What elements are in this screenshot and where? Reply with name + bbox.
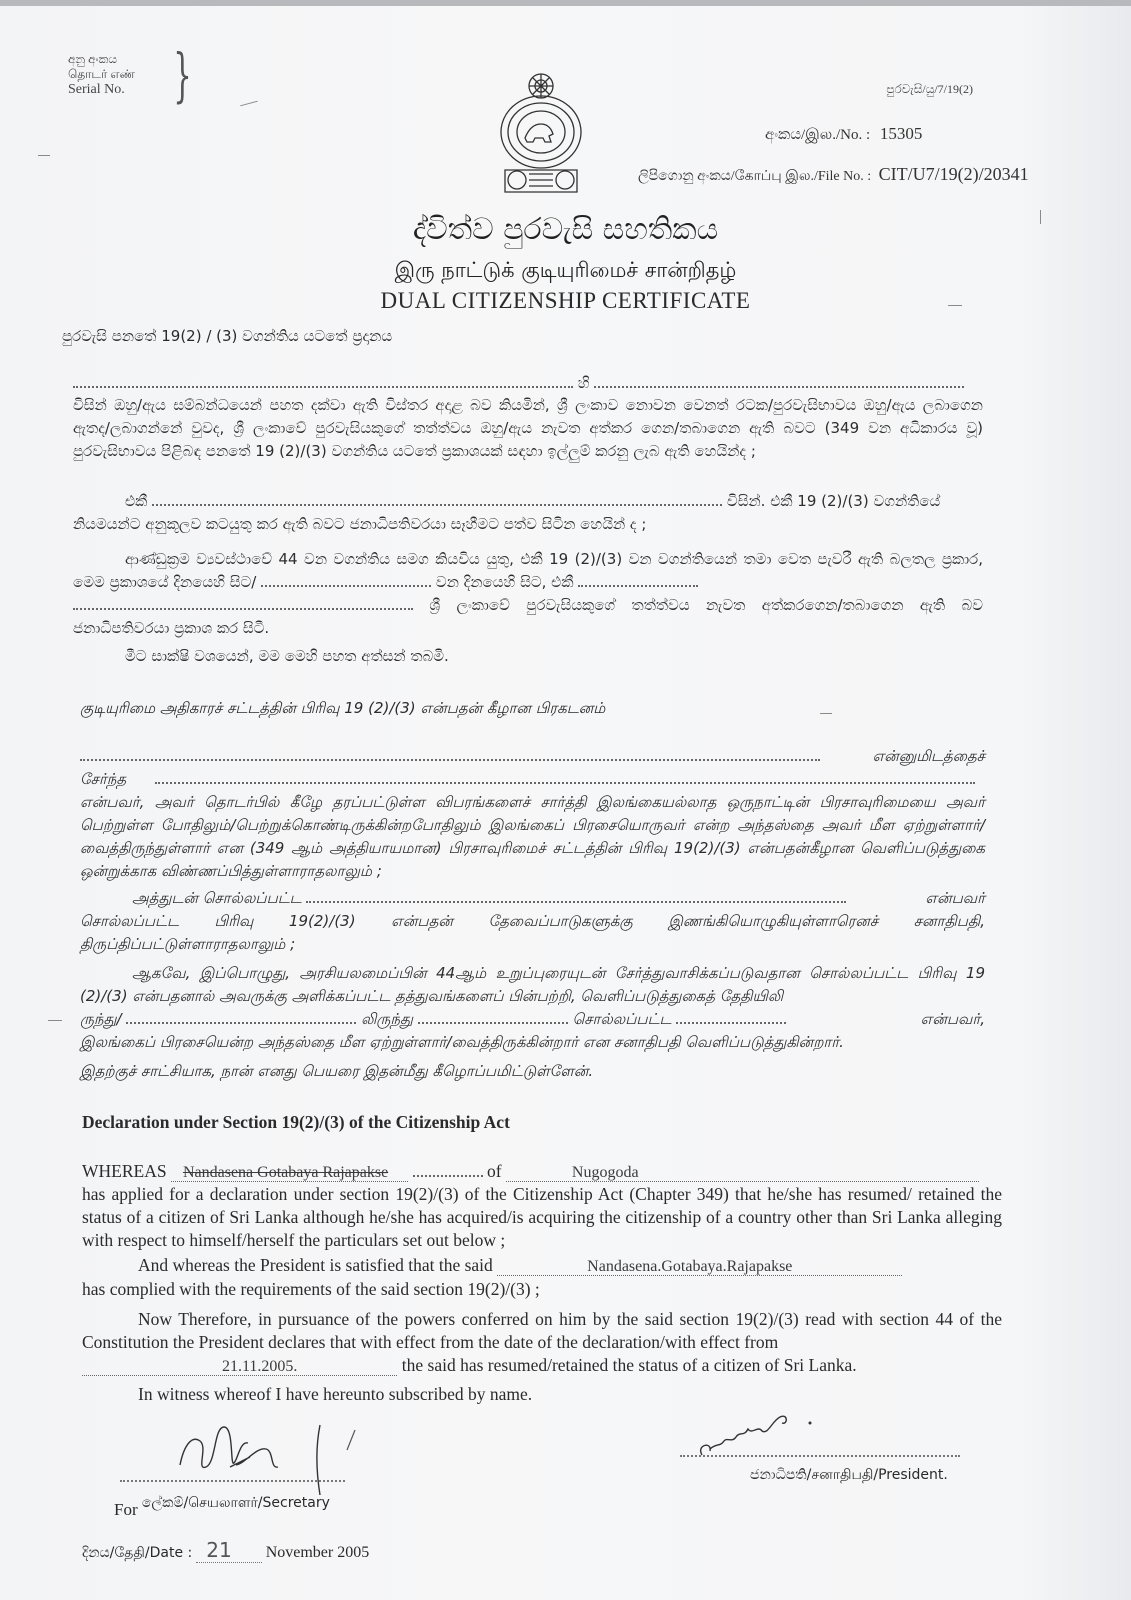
blank-field [594, 380, 964, 388]
reference-code: පුරවැසි/යු/7/19(2) [886, 82, 973, 97]
tamil-applicant-lines: என்னுமிடத்தைச் சேர்ந்த [80, 745, 985, 791]
applicant-place-field: Nugogoda [506, 1164, 979, 1182]
blank-field [155, 776, 975, 784]
english-whereas-line: WHEREAS Nandasena Gotabaya Rajapakse of … [82, 1160, 1002, 1184]
sinhala-para2-mid: විසින්. එකී 19 (2)/(3) වගන්තියේ [727, 492, 940, 510]
said-name-field: Nandasena.Gotabaya.Rajapakse [497, 1258, 902, 1276]
tamil-para2-start: அத்துடன் சொல்லப்பட்ட [132, 889, 302, 907]
certificate-number: අංකය/இல./No. : 15305 [765, 124, 922, 145]
tamil-para2-mid: என்பவர் [925, 887, 985, 910]
date-day-handwritten: 21 [196, 1538, 261, 1563]
sinhala-para2-start: එකී [125, 492, 147, 510]
english-paragraph-1: has applied for a declaration under sect… [82, 1183, 1002, 1252]
brace-icon: } [173, 50, 191, 100]
tamil-para3-c: லிருந்து [361, 1010, 413, 1028]
serial-label-tamil: தொடர் எண் [68, 67, 135, 82]
tamil-para3-f: இலங்கைப் பிரசையென்ற அந்தஸ்தை மீள ஏற்றுள்… [80, 1033, 844, 1051]
english-para2-end: has complied with the requirements of th… [82, 1279, 540, 1299]
title-english: DUAL CITIZENSHIP CERTIFICATE [0, 288, 1131, 314]
blank-field [306, 895, 846, 903]
blank-field [676, 1016, 786, 1024]
scan-speck [820, 713, 832, 714]
date-line: දිනය/தேதி/Date : 21 November 2005 [82, 1538, 369, 1565]
effective-date-field: 21.11.2005. [82, 1358, 397, 1376]
date-label: දිනය/தேதி/Date : [82, 1545, 192, 1561]
sinhala-para2-end: නියමයන්ට අනුකූලව කටයුතු කර ඇති බවට ජනාධි… [73, 515, 646, 533]
certificate-page: අනු අංකය தொடர் எண் Serial No. } පුරවැසි/… [0, 0, 1131, 1600]
english-heading: Declaration under Section 19(2)/(3) of t… [82, 1112, 510, 1133]
tamil-paragraph-2: அத்துடன் சொல்லப்பட்ட என்பவர் சொல்லப்பட்ட… [80, 887, 985, 956]
scan-speck [38, 155, 50, 156]
scan-speck [1040, 210, 1041, 224]
scan-speck [948, 305, 962, 306]
whereas-label: WHEREAS [82, 1161, 167, 1181]
tamil-para3-a: ஆகவே, இப்பொழுது, அரசியலமைப்பின் 44ஆம் உற… [80, 964, 985, 1005]
sinhala-paragraph-3: ආණ්ඩුක්‍රම ව්‍යවස්ථාවේ 44 වන වගන්තිය සමග… [73, 548, 983, 640]
tamil-para3-b: ருந்து/ [80, 1010, 122, 1028]
number-label: අංකය/இல./No. : [765, 127, 870, 143]
scan-speck [240, 101, 258, 107]
secretary-block: For ලේකම්/செயலாளர்/Secretary [114, 1492, 330, 1515]
sinhala-applicant-line: හි [73, 372, 983, 395]
blank-field [578, 579, 698, 587]
secretary-signature-line [120, 1480, 345, 1482]
sinhala-witness: මීට සාක්ෂි වශයෙන්, මම මෙහි පහත අත්සන් තබ… [125, 645, 449, 668]
blank-field [73, 602, 413, 610]
english-para3-end: the said has resumed/retained the status… [402, 1355, 857, 1375]
tamil-paragraph-1: என்பவர், அவர் தொடர்பில் கீழே தரப்பட்டுள்… [80, 791, 985, 883]
english-paragraph-2: And whereas the President is satisfied t… [82, 1254, 1002, 1301]
sinhala-of-label: හි [578, 374, 590, 392]
secretary-signature [170, 1415, 410, 1495]
english-para2-start: And whereas the President is satisfied t… [138, 1255, 493, 1275]
applicant-name-field: Nandasena Gotabaya Rajapakse [171, 1164, 408, 1182]
file-number: ලිපිගොනු අංකය/கோப்பு இல./File No. : CIT/… [638, 164, 1029, 186]
scan-speck [48, 1020, 62, 1021]
blank-field [418, 1016, 568, 1024]
of-label: of [487, 1161, 502, 1181]
english-paragraph-3: Now Therefore, in pursuance of the power… [82, 1308, 1002, 1378]
blank-field [152, 498, 722, 506]
english-witness: In witness whereof I have hereunto subsc… [138, 1383, 532, 1406]
blank-field [126, 1016, 356, 1024]
secretary-label: ලේකම්/செயலாளர்/Secretary [142, 1495, 330, 1511]
sinhala-paragraph-2: එකී විසින්. එකී 19 (2)/(3) වගන්තියේ නියම… [73, 490, 983, 536]
file-label: ලිපිගොනු අංකය/கோப்பு இல./File No. : [638, 169, 871, 184]
blank-field [261, 579, 431, 587]
national-emblem-icon [495, 70, 587, 200]
file-value: CIT/U7/19(2)/20341 [879, 164, 1029, 184]
scan-top-edge [0, 0, 1131, 6]
serial-number-label: අනු අංකය தொடர் எண் Serial No. [68, 52, 135, 97]
president-signature-line [680, 1455, 960, 1457]
blank-field [80, 753, 820, 761]
tamil-paragraph-3: ஆகவே, இப்பொழுது, அரசியலமைப்பின் 44ஆம் உற… [80, 962, 985, 1054]
tamil-heading: குடியுரிமை அதிகாரச் சட்டத்தின் பிரிவு 19… [80, 697, 605, 720]
tamil-para3-e: என்பவர், [921, 1008, 985, 1031]
blank-field [413, 1169, 483, 1177]
tamil-para3-d: சொல்லப்பட்ட [573, 1010, 672, 1028]
sinhala-heading: පුරවැසි පනතේ 19(2) / (3) වගන්තිය යටතේ ප්… [62, 325, 392, 348]
number-value: 15305 [880, 124, 923, 143]
sinhala-para3-b: වන දිනයෙහි සිට, එකී [436, 573, 574, 591]
tamil-line1-end: என்னுமிடத்தைச் [873, 745, 985, 768]
serial-label-english: Serial No. [68, 82, 135, 97]
blank-field [73, 380, 573, 388]
sinhala-paragraph-1: විසින් ඔහු/ඇය සම්බන්ධයෙන් පහත දක්වා ඇති … [73, 394, 983, 463]
serial-label-sinhala: අනු අංකය [68, 52, 135, 67]
tamil-line2-start: சேர்ந்த [80, 770, 126, 788]
tamil-para2-end: சொல்லப்பட்ட பிரிவு 19(2)/(3) என்பதன் தேவ… [80, 912, 985, 953]
title-tamil: இரு நாட்டுக் குடியுரிமைச் சான்றிதழ் [0, 258, 1131, 285]
english-para3: Now Therefore, in pursuance of the power… [82, 1308, 1002, 1354]
date-month-year: November 2005 [266, 1544, 370, 1561]
tamil-witness: இதற்குச் சாட்சியாக, நான் எனது பெயரை இதன்… [80, 1060, 593, 1083]
for-label: For [114, 1500, 138, 1519]
president-label: ජනාධිපති/சனாதிபதி/President. [750, 1464, 948, 1487]
title-sinhala: ද්විත්ව පුරවැසි සහතිකය [0, 212, 1131, 248]
